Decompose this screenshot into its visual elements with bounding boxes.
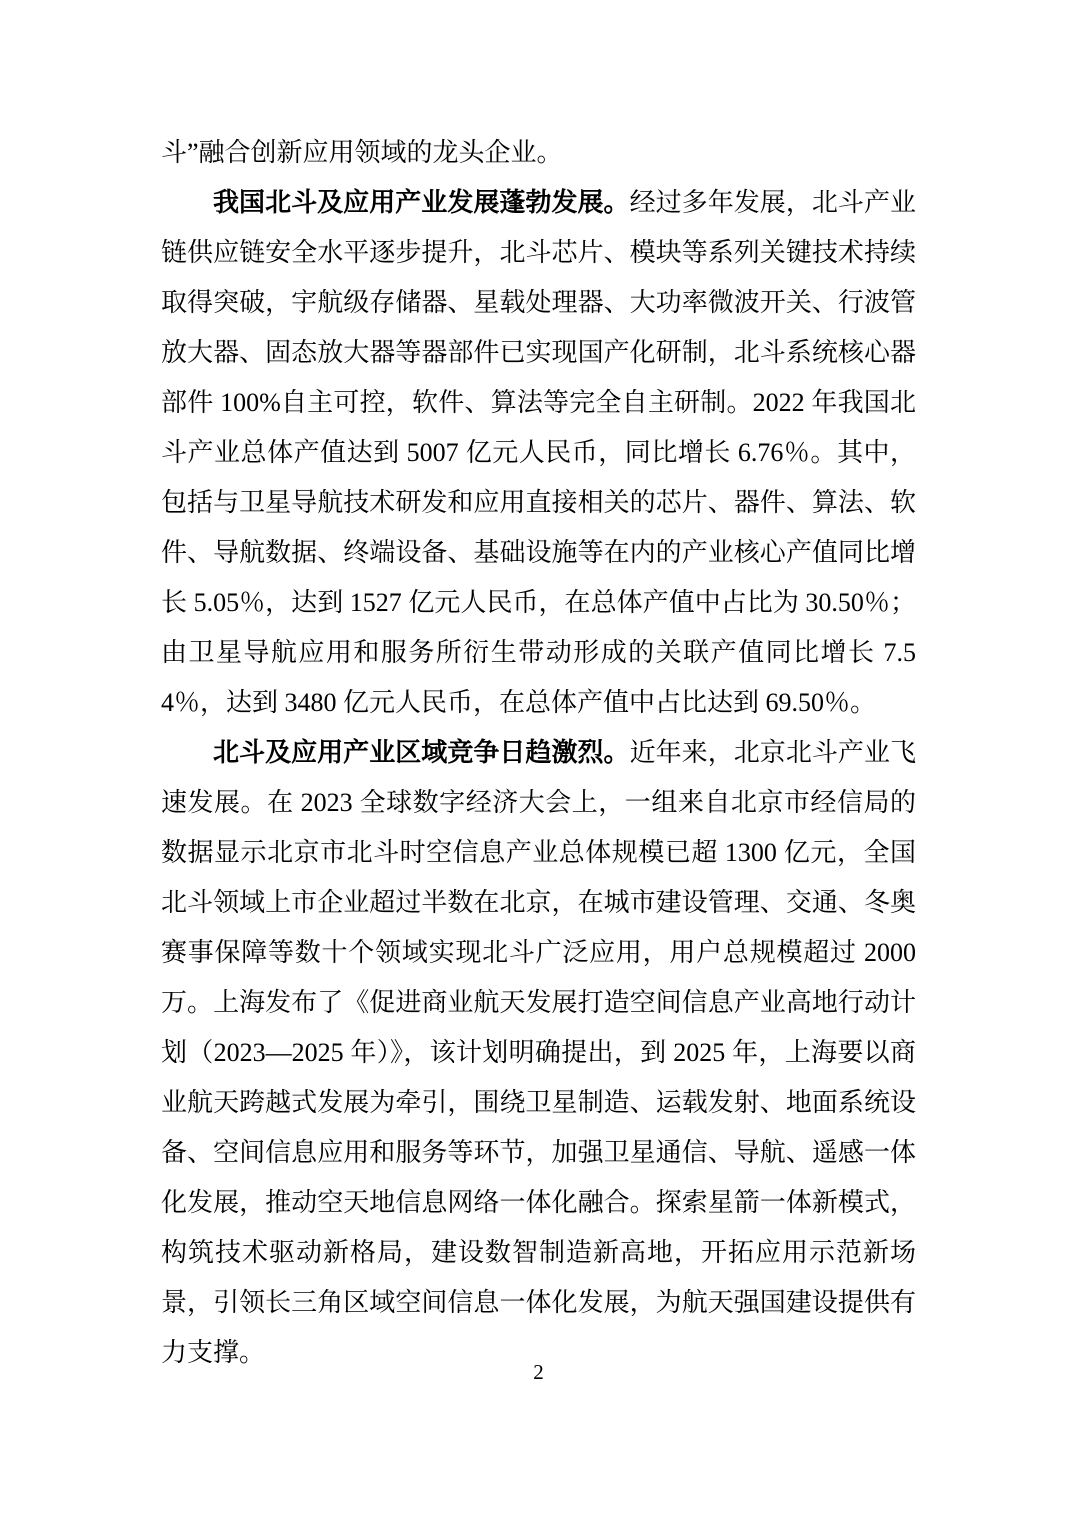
paragraph-text: 经过多年发展，北斗产业链供应链安全水平逐步提升，北斗芯片、模块等系列关键技术持续… (161, 188, 916, 717)
paragraph-text: 斗”融合创新应用领域的龙头企业。 (161, 138, 563, 167)
paragraph-regional-competition: 北斗及应用产业区域竞争日趋激烈。近年来，北京北斗产业飞速发展。在 2023 全球… (161, 728, 916, 1378)
document-body: 斗”融合创新应用领域的龙头企业。 我国北斗及应用产业发展蓬勃发展。经过多年发展，… (161, 128, 916, 1378)
paragraph-beidou-industry-development: 我国北斗及应用产业发展蓬勃发展。经过多年发展，北斗产业链供应链安全水平逐步提升，… (161, 178, 916, 728)
paragraph-continuation: 斗”融合创新应用领域的龙头企业。 (161, 128, 916, 178)
paragraph-bold-lead: 北斗及应用产业区域竞争日趋激烈。 (213, 738, 630, 767)
document-page: 斗”融合创新应用领域的龙头企业。 我国北斗及应用产业发展蓬勃发展。经过多年发展，… (0, 0, 1074, 1520)
page-number: 2 (161, 1358, 916, 1386)
paragraph-text: 近年来，北京北斗产业飞速发展。在 2023 全球数字经济大会上，一组来自北京市经… (161, 738, 916, 1367)
paragraph-bold-lead: 我国北斗及应用产业发展蓬勃发展。 (213, 188, 630, 217)
